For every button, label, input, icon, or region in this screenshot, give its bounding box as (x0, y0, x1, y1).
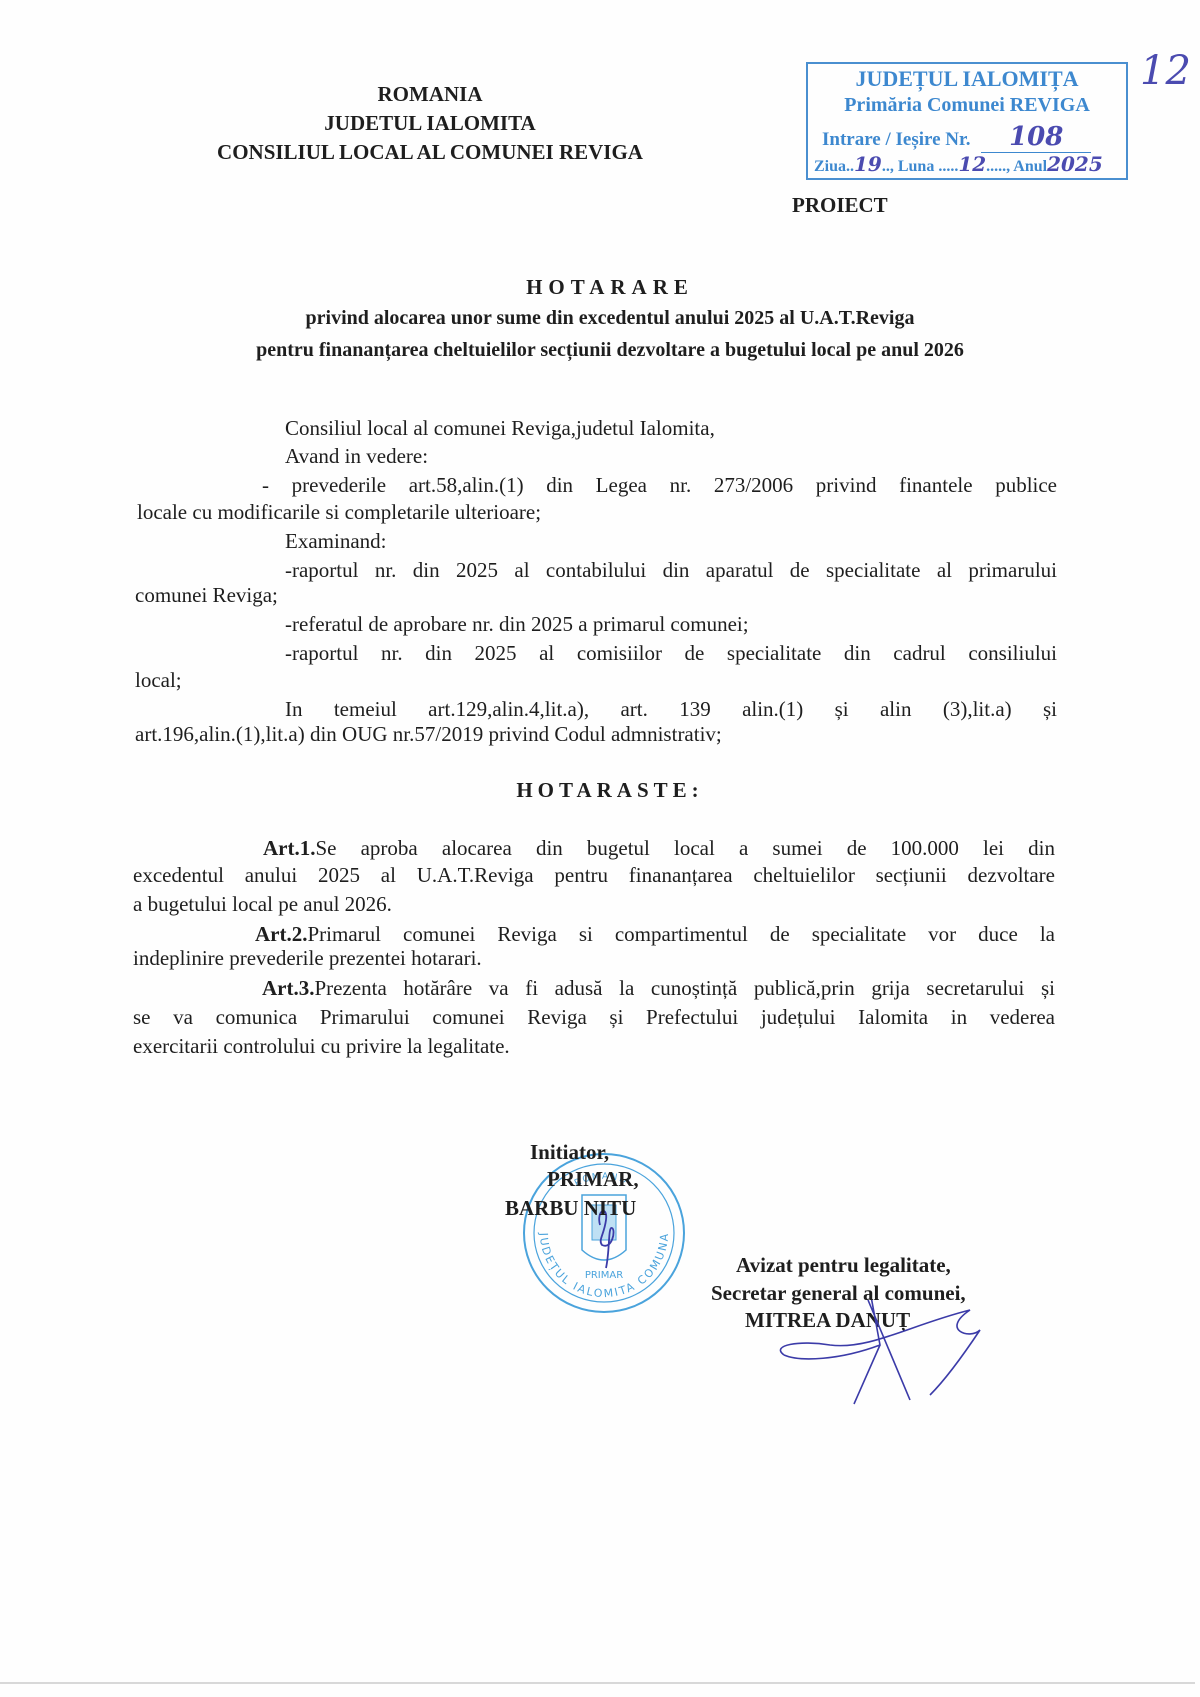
registration-stamp: JUDEȚUL IALOMIȚA Primăria Comunei REVIGA… (806, 62, 1128, 180)
preamble-prev-2: locale cu modificarile si completarile u… (137, 498, 541, 527)
margin-note: 12 (1140, 46, 1180, 101)
article-3-line-2: se va comunica Primarului comunei Reviga… (133, 1003, 1055, 1032)
stamp-month-value: 12 (958, 152, 986, 176)
initiator-role: PRIMAR, (547, 1167, 639, 1192)
article-1-text-1: Se aproba alocarea din bugetul local a s… (315, 836, 1055, 860)
stamp-day-value: 19 (854, 152, 882, 176)
document-page: ROMANIA JUDETUL IALOMITA CONSILIUL LOCAL… (0, 0, 1200, 1697)
stamp-date-row: Ziua..19.., Luna .....12....., Anul2025 (814, 152, 1103, 176)
article-3-line-3: exercitarii controlului cu privire la le… (133, 1032, 510, 1061)
stamp-year-label: Anul (1013, 158, 1047, 175)
article-2-text-1: Primarul comunei Reviga si compartimentu… (307, 922, 1055, 946)
preamble-referat: -referatul de aprobare nr. din 2025 a pr… (285, 610, 749, 639)
preamble-temei-2: art.196,alin.(1),lit.a) din OUG nr.57/20… (135, 720, 722, 749)
avizat-label: Avizat pentru legalitate, (736, 1253, 951, 1278)
stamp-day-label: Ziua (814, 158, 846, 175)
stamp-number-row: Intrare / Ieșire Nr. 108 (822, 122, 1091, 153)
preamble-avand: Avand in vedere: (285, 442, 428, 471)
initiator-label: Initiator, (530, 1140, 609, 1165)
stamp-month-label: Luna (898, 158, 934, 175)
article-2-label: Art.2. (255, 922, 307, 946)
stamp-number-label: Intrare / Ieșire Nr. (822, 129, 970, 150)
article-3-label: Art.3. (262, 976, 314, 1000)
decision-heading: HOTARASTE: (0, 778, 1200, 803)
article-3-text-1: Prezenta hotărâre va fi adusă la cunoști… (314, 976, 1055, 1000)
preamble-raport2-2: local; (135, 666, 182, 695)
preamble-raport1-2: comunei Reviga; (135, 581, 278, 610)
initiator-name: BARBU NITU (505, 1196, 636, 1221)
preamble-examinand: Examinand: (285, 527, 386, 556)
stamp-county: JUDEȚUL IALOMIȚA (808, 66, 1126, 92)
stamp-number-value: 108 (1009, 122, 1063, 152)
preamble-intro: Consiliul local al comunei Reviga,judetu… (285, 414, 715, 443)
article-2-line-2: indeplinire prevederile prezentei hotara… (133, 944, 482, 973)
preamble-raport2-1: -raportul nr. din 2025 al comisiilor de … (285, 639, 1057, 668)
preamble-raport1-1: -raportul nr. din 2025 al contabilului d… (285, 556, 1057, 585)
article-1-label: Art.1. (263, 836, 315, 860)
stamp-year-value: 2025 (1047, 152, 1103, 176)
subtitle-line-2: pentru finananțarea cheltuielilor secțiu… (0, 339, 1200, 362)
article-1-line-3: a bugetului local pe anul 2026. (133, 890, 392, 919)
page-bottom-edge (0, 1682, 1195, 1684)
secretary-signature (770, 1300, 1000, 1410)
subtitle-line-1: privind alocarea unor sume din excedentu… (0, 307, 1200, 330)
preamble-prev-1: - prevederile art.58,alin.(1) din Legea … (262, 471, 1057, 500)
header-country: ROMANIA (150, 80, 710, 109)
stamp-townhall: Primăria Comunei REVIGA (808, 94, 1126, 117)
article-1-line-2: excedentul anului 2025 al U.A.T.Reviga p… (133, 861, 1055, 890)
seal-center-text: PRIMAR (585, 1270, 623, 1281)
header-county: JUDETUL IALOMITA (150, 109, 710, 138)
header-council: CONSILIUL LOCAL AL COMUNEI REVIGA (150, 138, 710, 167)
article-3-line-1: Art.3.Prezenta hotărâre va fi adusă la c… (262, 974, 1055, 1003)
article-1-line-1: Art.1.Se aproba alocarea din bugetul loc… (263, 834, 1055, 863)
proiect-label: PROIECT (792, 193, 888, 218)
document-title: HOTARARE (0, 275, 1200, 300)
